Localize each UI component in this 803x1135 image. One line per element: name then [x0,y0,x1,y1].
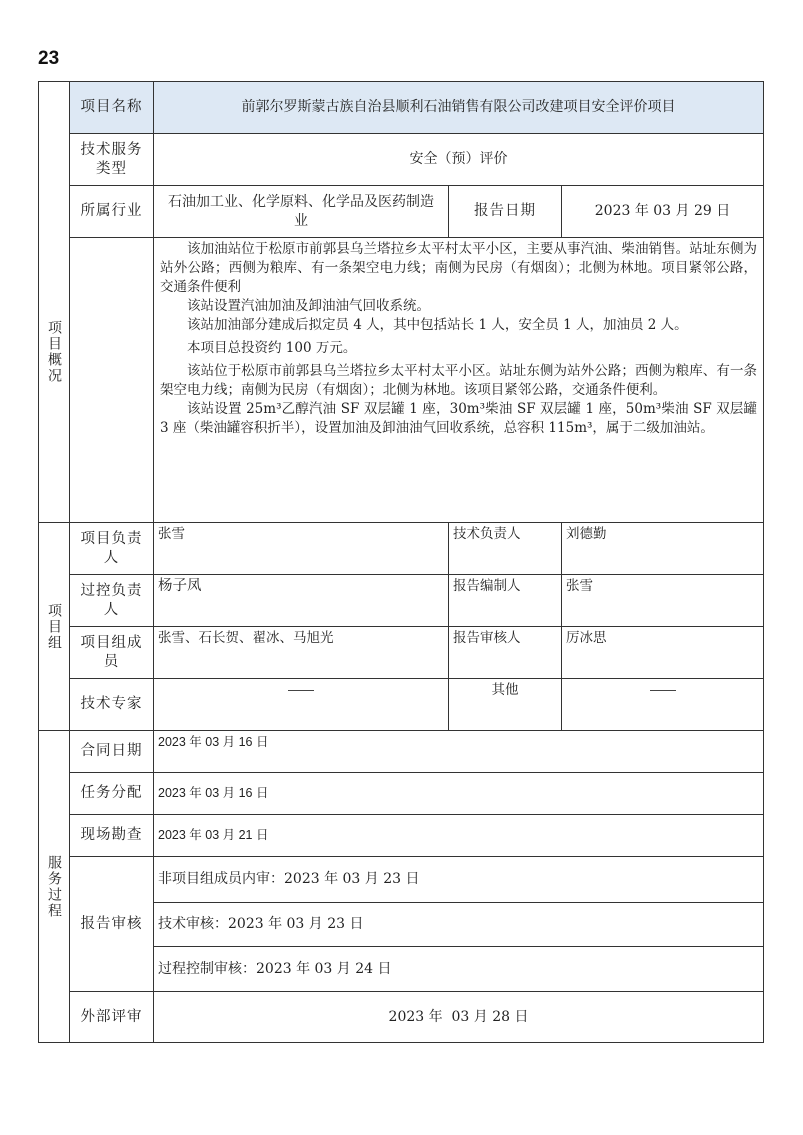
empty-dash [288,690,314,691]
project-info-table: 项目概况 项目名称 前郭尔罗斯蒙古族自治县顺利石油销售有限公司改建项目安全评价项… [38,81,764,1043]
process-control-review-value: 过程控制审核：2023 年 03 月 24 日 [154,947,764,992]
external-review-value: 2023 年 03 月 28 日 [154,992,764,1043]
service-type-value: 安全（预）评价 [154,134,764,186]
industry-value: 石油加工业、化学原料、化学品及医药制造业 [154,186,449,238]
task-assign-value: 2023 年 03 月 16 日 [154,773,764,815]
tech-expert-label: 技术专家 [70,679,154,731]
report-date-label: 报告日期 [449,186,562,238]
section-process: 服务过程 [39,731,70,1043]
site-survey-value: 2023 年 03 月 21 日 [154,815,764,857]
external-review-label: 外部评审 [70,992,154,1043]
tech-lead-label: 技术负责人 [449,523,562,575]
tech-expert-value [154,679,449,731]
section-overview-label: 项目概况 [43,220,65,384]
overview-paragraph: 该站位于松原市前郭县乌兰塔拉乡太平村太平小区。站址东侧为站外公路；西侧为粮库、有… [160,362,757,400]
process-control-lead-label: 过控负责人 [70,575,154,627]
overview-paragraph: 该站设置汽油加油及卸油油气回收系统。 [160,297,757,316]
section-team-label: 项目组 [43,603,65,651]
tech-review-value: 技术审核：2023 年 03 月 23 日 [154,903,764,947]
report-review-label: 报告审核 [70,857,154,992]
tech-lead-value: 刘德勤 [562,523,764,575]
report-author-value: 张雪 [562,575,764,627]
contract-date-label: 合同日期 [70,731,154,773]
overview-blank-cell [70,238,154,523]
page-number: 23 [38,48,59,70]
section-process-label: 服务过程 [43,855,65,919]
overview-paragraph: 该站设置 25m³乙醇汽油 SF 双层罐 1 座，30m³柴油 SF 双层罐 1… [160,400,757,438]
overview-text: 该加油站位于松原市前郭县乌兰塔拉乡太平村太平小区，主要从事汽油、柴油销售。站址东… [154,238,764,523]
site-survey-label: 现场勘查 [70,815,154,857]
overview-paragraph: 该加油站位于松原市前郭县乌兰塔拉乡太平村太平小区，主要从事汽油、柴油销售。站址东… [160,240,757,297]
contract-date-value: 2023 年 03 月 16 日 [154,731,764,773]
service-type-label: 技术服务类型 [70,134,154,186]
empty-dash [650,690,676,691]
report-date-value: 2023 年 03 月 29 日 [562,186,764,238]
other-value [562,679,764,731]
report-reviewer-label: 报告审核人 [449,627,562,679]
report-reviewer-value: 厉冰思 [562,627,764,679]
overview-paragraph: 该站加油部分建成后拟定员 4 人，其中包括站长 1 人，安全员 1 人，加油员 … [160,316,757,335]
team-members-label: 项目组成员 [70,627,154,679]
other-label: 其他 [449,679,562,731]
task-assign-label: 任务分配 [70,773,154,815]
industry-label: 所属行业 [70,186,154,238]
team-lead-label: 项目负责人 [70,523,154,575]
section-overview: 项目概况 [39,82,70,523]
team-members-value: 张雪、石长贺、翟冰、马旭光 [154,627,449,679]
project-name-value: 前郭尔罗斯蒙古族自治县顺利石油销售有限公司改建项目安全评价项目 [154,82,764,134]
team-lead-value: 张雪 [154,523,449,575]
overview-paragraph: 本项目总投资约 100 万元。 [160,339,757,358]
internal-review-value: 非项目组成员内审：2023 年 03 月 23 日 [154,857,764,903]
process-control-lead-value: 杨子凤 [154,575,449,627]
report-author-label: 报告编制人 [449,575,562,627]
project-name-label: 项目名称 [70,82,154,134]
section-team: 项目组 [39,523,70,731]
